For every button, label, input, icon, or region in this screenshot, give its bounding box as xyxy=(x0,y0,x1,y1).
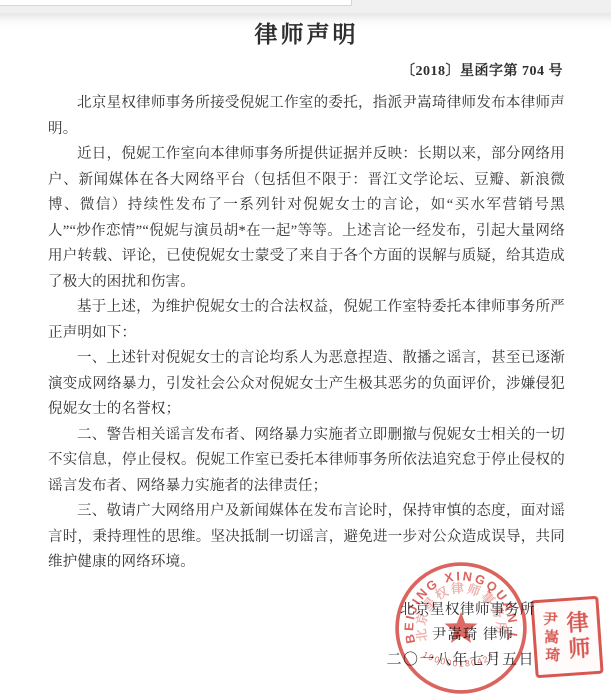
seal-number: 1900001804277 xyxy=(421,648,503,668)
star-icon xyxy=(445,612,478,643)
document-page: 律师声明 〔2018〕星函字第 704 号 北京星权律师事务所接受倪妮工作室的委… xyxy=(0,13,611,696)
document-title: 律师声明 xyxy=(48,19,565,51)
seal-char: 尹 xyxy=(543,611,559,630)
paragraph-item-2: 二、警告相关谣言发布者、网络暴力实施者立即删撤与倪妮女士相关的一切不实信息，停止… xyxy=(48,423,565,500)
document-number: 〔2018〕星函字第 704 号 xyxy=(48,62,565,82)
paragraph-facts: 近日，倪妮工作室向本律师事务所提供证据并反映：长期以来，部分网络用户、新闻媒体在… xyxy=(48,142,565,295)
seal-column-name: 尹 嵩 琦 xyxy=(542,611,561,666)
seal-char: 律 xyxy=(566,609,590,636)
seal-char: 嵩 xyxy=(544,629,560,648)
document-body: 北京星权律师事务所接受倪妮工作室的委托，指派尹嵩琦律师发布本律师声明。 近日，倪… xyxy=(48,91,565,576)
seal-char: 琦 xyxy=(545,647,561,666)
round-seal-stamp: BEIJING XINGQUAN LAW FIRM 北京星权律师事务所 1900… xyxy=(390,556,532,696)
paragraph-item-1: 一、上述针对倪妮女士的言论均系人为恶意捏造、散播之谣言，甚至已逐渐演变成网络暴力… xyxy=(48,346,565,423)
seal-column-title: 律 师 xyxy=(566,609,592,662)
square-seal-stamp: 律 师 尹 嵩 琦 xyxy=(530,596,603,679)
seal-char: 师 xyxy=(568,635,592,662)
paragraph-intro: 北京星权律师事务所接受倪妮工作室的委托，指派尹嵩琦律师发布本律师声明。 xyxy=(48,91,565,142)
paragraph-basis: 基于上述，为维护倪妮女士的合法权益，倪妮工作室特委托本律师事务所严正声明如下： xyxy=(48,295,565,346)
top-bar-remnant xyxy=(0,0,352,6)
